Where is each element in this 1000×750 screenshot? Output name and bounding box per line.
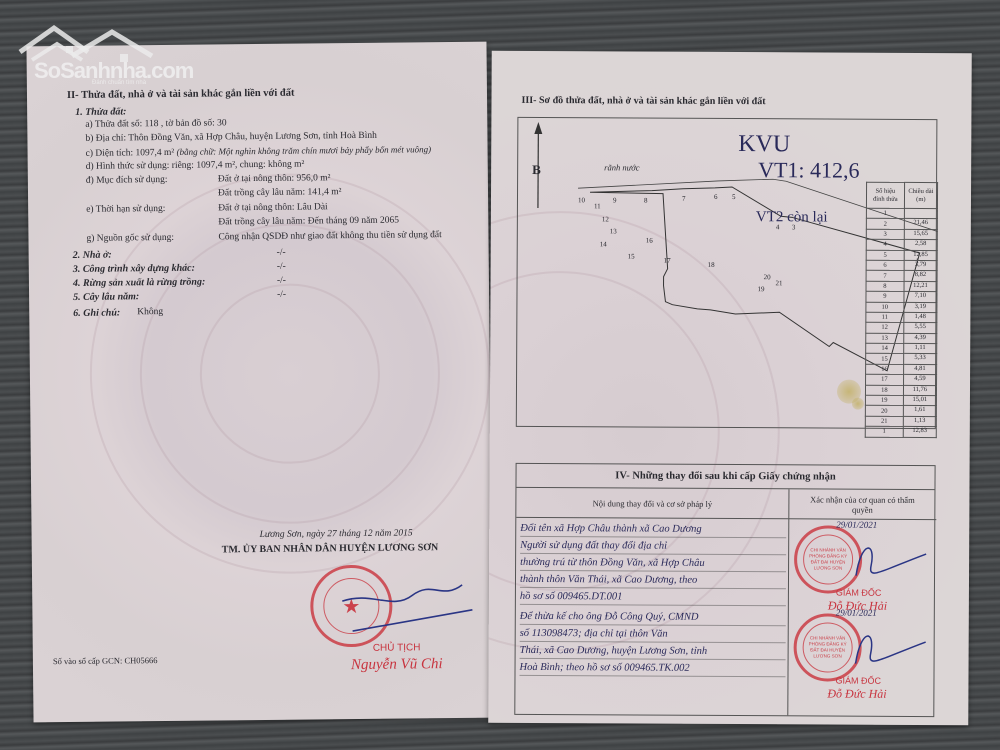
edge-length: 5,55 <box>904 323 937 334</box>
table-row: 155,33 <box>866 354 937 365</box>
edge-length: 1,13 <box>903 416 936 427</box>
change-entry-line: hồ sơ số 009465.DT.001 <box>520 588 786 606</box>
other-item-value: -/- <box>277 262 286 272</box>
edge-length: 21,46 <box>904 219 937 230</box>
vertex-label: 6 <box>714 193 718 201</box>
col-header-confirm: Xác nhận của cơ quan có thẩm quyền <box>788 489 936 520</box>
signature-scribble <box>846 536 936 586</box>
table-row: 63,79 <box>866 260 937 271</box>
table-row: 111,48 <box>866 312 937 323</box>
vertex-label: 8 <box>644 197 648 205</box>
area-value: c) Diện tích: 1097,4 m² <box>86 148 175 159</box>
confirmation-date: 29/01/2021 <box>836 520 877 530</box>
issuing-authority: TM. ỦY BAN NHÂN DÂN HUYỆN LƯƠNG SƠN <box>222 542 439 555</box>
vertex-id: 9 <box>866 291 904 302</box>
table-row: 1811,76 <box>865 385 936 396</box>
change-entry-line: Đổi tên xã Hợp Châu thành xã Cao Dương <box>520 520 786 538</box>
change-entry-line: Hoà Bình; theo hồ sơ số 009465.TK.002 <box>519 659 785 677</box>
confirmer-name: Đỗ Đức Hải <box>827 687 886 702</box>
usage-purpose-label: đ) Mục đích sử dụng: <box>86 175 168 186</box>
change-entry-line: thành thôn Văn Thái, xã Cao Dương, theo <box>520 571 786 589</box>
drum-pattern <box>199 283 381 465</box>
edge-length: 3,79 <box>904 260 937 271</box>
table-row: 164,81 <box>866 364 937 375</box>
vertex-label: 9 <box>613 196 617 204</box>
table-row: 211,13 <box>865 416 936 427</box>
edge-length: 12,21 <box>904 281 937 292</box>
other-item-value: -/- <box>277 276 286 286</box>
table-row: 1 <box>866 208 937 219</box>
handwritten-note: VT1: 412,6 <box>758 157 860 184</box>
parcel-number: a) Thửa đất số: 118 , tờ bản đồ số: 30 <box>85 118 226 129</box>
note-label: 6. Ghi chú: <box>73 307 120 318</box>
vertex-label: 16 <box>646 237 653 245</box>
signer-name: Nguyễn Vũ Chi <box>351 656 443 674</box>
table-row: 812,21 <box>866 281 937 292</box>
section-iv-title: IV- Những thay đổi sau khi cấp Giấy chứn… <box>516 464 934 490</box>
vertex-label: 17 <box>664 257 671 265</box>
vertex-id: 1 <box>866 208 904 219</box>
table-row: 134,39 <box>866 333 937 344</box>
vertex-id: 20 <box>865 406 903 417</box>
edge-length: 2,58 <box>904 240 937 251</box>
parcel-address: b) Địa chỉ: Thôn Đồng Văn, xã Hợp Châu, … <box>85 131 376 144</box>
edge-length: 3,19 <box>904 302 937 313</box>
col-header-content: Nội dung thay đổi và cơ sở pháp lý <box>516 488 788 519</box>
table-row: 174,59 <box>866 374 937 385</box>
table-row: 315,65 <box>866 229 937 240</box>
vertex-id: 3 <box>866 229 904 240</box>
usage-purpose-residential: Đất ở tại nông thôn: 956,0 m² <box>218 173 331 184</box>
vertex-label: 11 <box>594 202 601 210</box>
edge-length <box>904 208 937 219</box>
vertex-label: 21 <box>776 279 783 287</box>
watermark-tagline: Đánh chuẩn tìm nhà <box>92 80 146 86</box>
signature-scribble <box>846 624 936 674</box>
confirmation-date: 29/01/2021 <box>836 608 877 618</box>
vertex-label: 19 <box>757 285 764 293</box>
other-item-value: -/- <box>277 248 286 258</box>
vertex-label: 18 <box>708 261 715 269</box>
table-row: 221,46 <box>866 219 937 230</box>
other-item-label: 5. Cây lâu năm: <box>73 291 139 303</box>
usage-term-label: e) Thời hạn sử dụng: <box>86 204 165 215</box>
edge-length: 11,76 <box>903 385 936 396</box>
table-row: 97,10 <box>866 291 937 302</box>
usage-term-residential: Đất ở tại nông thôn: Lâu Dài <box>218 202 328 213</box>
section-iii-title: III- Sơ đồ thửa đất, nhà ở và tài sản kh… <box>521 95 765 107</box>
edge-length: 4,81 <box>903 364 936 375</box>
change-entry-line: Để thừa kế cho ông Đỗ Công Quý, CMND <box>520 608 786 626</box>
edge-length: 15,65 <box>904 229 937 240</box>
section-ii-title: II- Thửa đất, nhà ở và tài sản khác gắn … <box>67 88 295 101</box>
vertex-id: 16 <box>866 364 904 375</box>
edge-length: 1,11 <box>903 343 936 354</box>
other-item-value: -/- <box>277 290 286 300</box>
edge-length: 1,61 <box>903 406 936 417</box>
other-item-label: 4. Rừng sản xuất là rừng trồng: <box>73 277 205 289</box>
vertex-id: 1 <box>865 426 903 437</box>
edge-length: 12,83 <box>903 427 936 438</box>
change-entry-line: số 113098473; địa chỉ tại thôn Văn <box>520 625 786 643</box>
edge-length: 7,10 <box>904 292 937 303</box>
table-row: 1915,01 <box>865 395 936 406</box>
edge-length: 15,01 <box>903 395 936 406</box>
vertex-id: 12 <box>866 323 904 334</box>
table-header-length: Chiều dài (m) <box>904 182 937 208</box>
vertex-id: 13 <box>866 333 904 344</box>
vertex-label: 7 <box>682 195 686 203</box>
place-date: Lương Sơn, ngày 27 tháng 12 năm 2015 <box>260 528 413 540</box>
edge-length: 5,33 <box>903 354 936 365</box>
confirmer-title: GIÁM ĐỐC <box>836 588 882 598</box>
table-row: 112,83 <box>865 426 936 437</box>
column-divider <box>787 489 789 715</box>
vertex-label: 10 <box>578 196 585 204</box>
vertex-label: 12 <box>602 215 609 223</box>
vertex-id: 8 <box>866 281 904 292</box>
usage-purpose-perennial: Đất trồng cây lâu năm: 141,4 m² <box>218 187 342 198</box>
table-row: 125,55 <box>866 323 937 334</box>
parcel-diagram: 13456789101112131415161718192021 B rãnh … <box>516 117 938 429</box>
ditch-label: rãnh nước <box>604 162 639 172</box>
edge-length: 4,39 <box>904 333 937 344</box>
table-row: 103,19 <box>866 302 937 313</box>
table-header-vertex: Số hiệu đỉnh thửa <box>866 182 904 208</box>
parcel-heading: 1. Thửa đất: <box>75 106 126 118</box>
vertex-id: 11 <box>866 312 904 323</box>
area-in-words: (bằng chữ: Một nghìn không trăm chín mươ… <box>177 144 432 157</box>
parcel-area: c) Diện tích: 1097,4 m² (bằng chữ: Một n… <box>86 144 432 159</box>
note-value: Không <box>137 307 163 317</box>
table-row: 42,58 <box>866 239 937 250</box>
confirmer-title: GIÁM ĐỐC <box>835 676 881 686</box>
vertex-id: 6 <box>866 260 904 271</box>
usage-term-perennial: Đất trồng cây lâu năm: Đến tháng 09 năm … <box>218 216 399 228</box>
vertex-id: 7 <box>866 271 904 282</box>
other-item-label: 2. Nhà ở: <box>73 250 112 261</box>
vertex-id: 14 <box>866 343 904 354</box>
other-item-label: 3. Công trình xây dựng khác: <box>73 263 195 275</box>
vertex-id: 19 <box>865 395 903 406</box>
registry-number: Số vào sổ cấp GCN: CH05666 <box>53 655 158 666</box>
changes-table: IV- Những thay đổi sau khi cấp Giấy chứn… <box>514 463 935 717</box>
vertex-id: 17 <box>866 374 904 385</box>
north-label: B <box>532 162 541 178</box>
vertex-label: 13 <box>610 227 617 235</box>
handwritten-note: VT2 còn lại <box>756 209 828 226</box>
edge-length: 4,59 <box>903 375 936 386</box>
edge-length: 12,85 <box>904 250 937 261</box>
vertex-label: 14 <box>600 240 607 248</box>
stain <box>852 398 864 410</box>
usage-origin-value: Công nhận QSDĐ như giao đất không thu ti… <box>218 230 441 242</box>
vertex-id: 18 <box>865 385 903 396</box>
vertex-id: 4 <box>866 239 904 250</box>
edge-length: 8,82 <box>904 271 937 282</box>
handwritten-note: KVU <box>738 131 790 158</box>
change-entry-line: Thái, xã Cao Dương, huyện Lương Sơn, tỉn… <box>520 642 786 660</box>
certificate-right-page: III- Sơ đồ thửa đất, nhà ở và tài sản kh… <box>488 51 972 726</box>
vertex-label: 15 <box>628 252 635 260</box>
usage-origin-label: g) Nguồn gốc sử dụng: <box>86 233 174 244</box>
vertex-id: 10 <box>866 302 904 313</box>
edge-length: 1,48 <box>904 312 937 323</box>
table-row: 141,11 <box>866 343 937 354</box>
table-row: 201,61 <box>865 406 936 417</box>
vertex-id: 5 <box>866 250 904 261</box>
change-entry: Để thừa kế cho ông Đỗ Công Quý, CMNDsố 1… <box>519 608 785 677</box>
vertex-id: 2 <box>866 219 904 230</box>
vertex-label: 20 <box>764 273 771 281</box>
certificate-left-page: II- Thửa đất, nhà ở và tài sản khác gắn … <box>26 42 493 723</box>
watermark-logo: SoSanhnha.com Đánh chuẩn tìm nhà <box>12 22 162 82</box>
vertex-id: 15 <box>866 354 904 365</box>
table-row: 512,85 <box>866 250 937 261</box>
vertex-id: 21 <box>865 416 903 427</box>
vertex-label: 5 <box>732 193 736 201</box>
usage-form: d) Hình thức sử dụng: riêng: 1097,4 m², … <box>86 160 305 172</box>
change-entry-line: thường trú từ thôn Đồng Văn, xã Hợp Châu <box>520 554 786 572</box>
signer-title: CHỦ TỊCH <box>373 642 421 653</box>
change-entry-line: Người sử dụng đất thay đổi địa chỉ <box>520 537 786 555</box>
signature-scribble <box>332 570 483 642</box>
table-row: 78,82 <box>866 271 937 282</box>
change-entry: Đổi tên xã Hợp Châu thành xã Cao DươngNg… <box>520 520 786 606</box>
vertex-length-table: Số hiệu đỉnh thửa Chiều dài (m) 1221,463… <box>865 182 938 438</box>
